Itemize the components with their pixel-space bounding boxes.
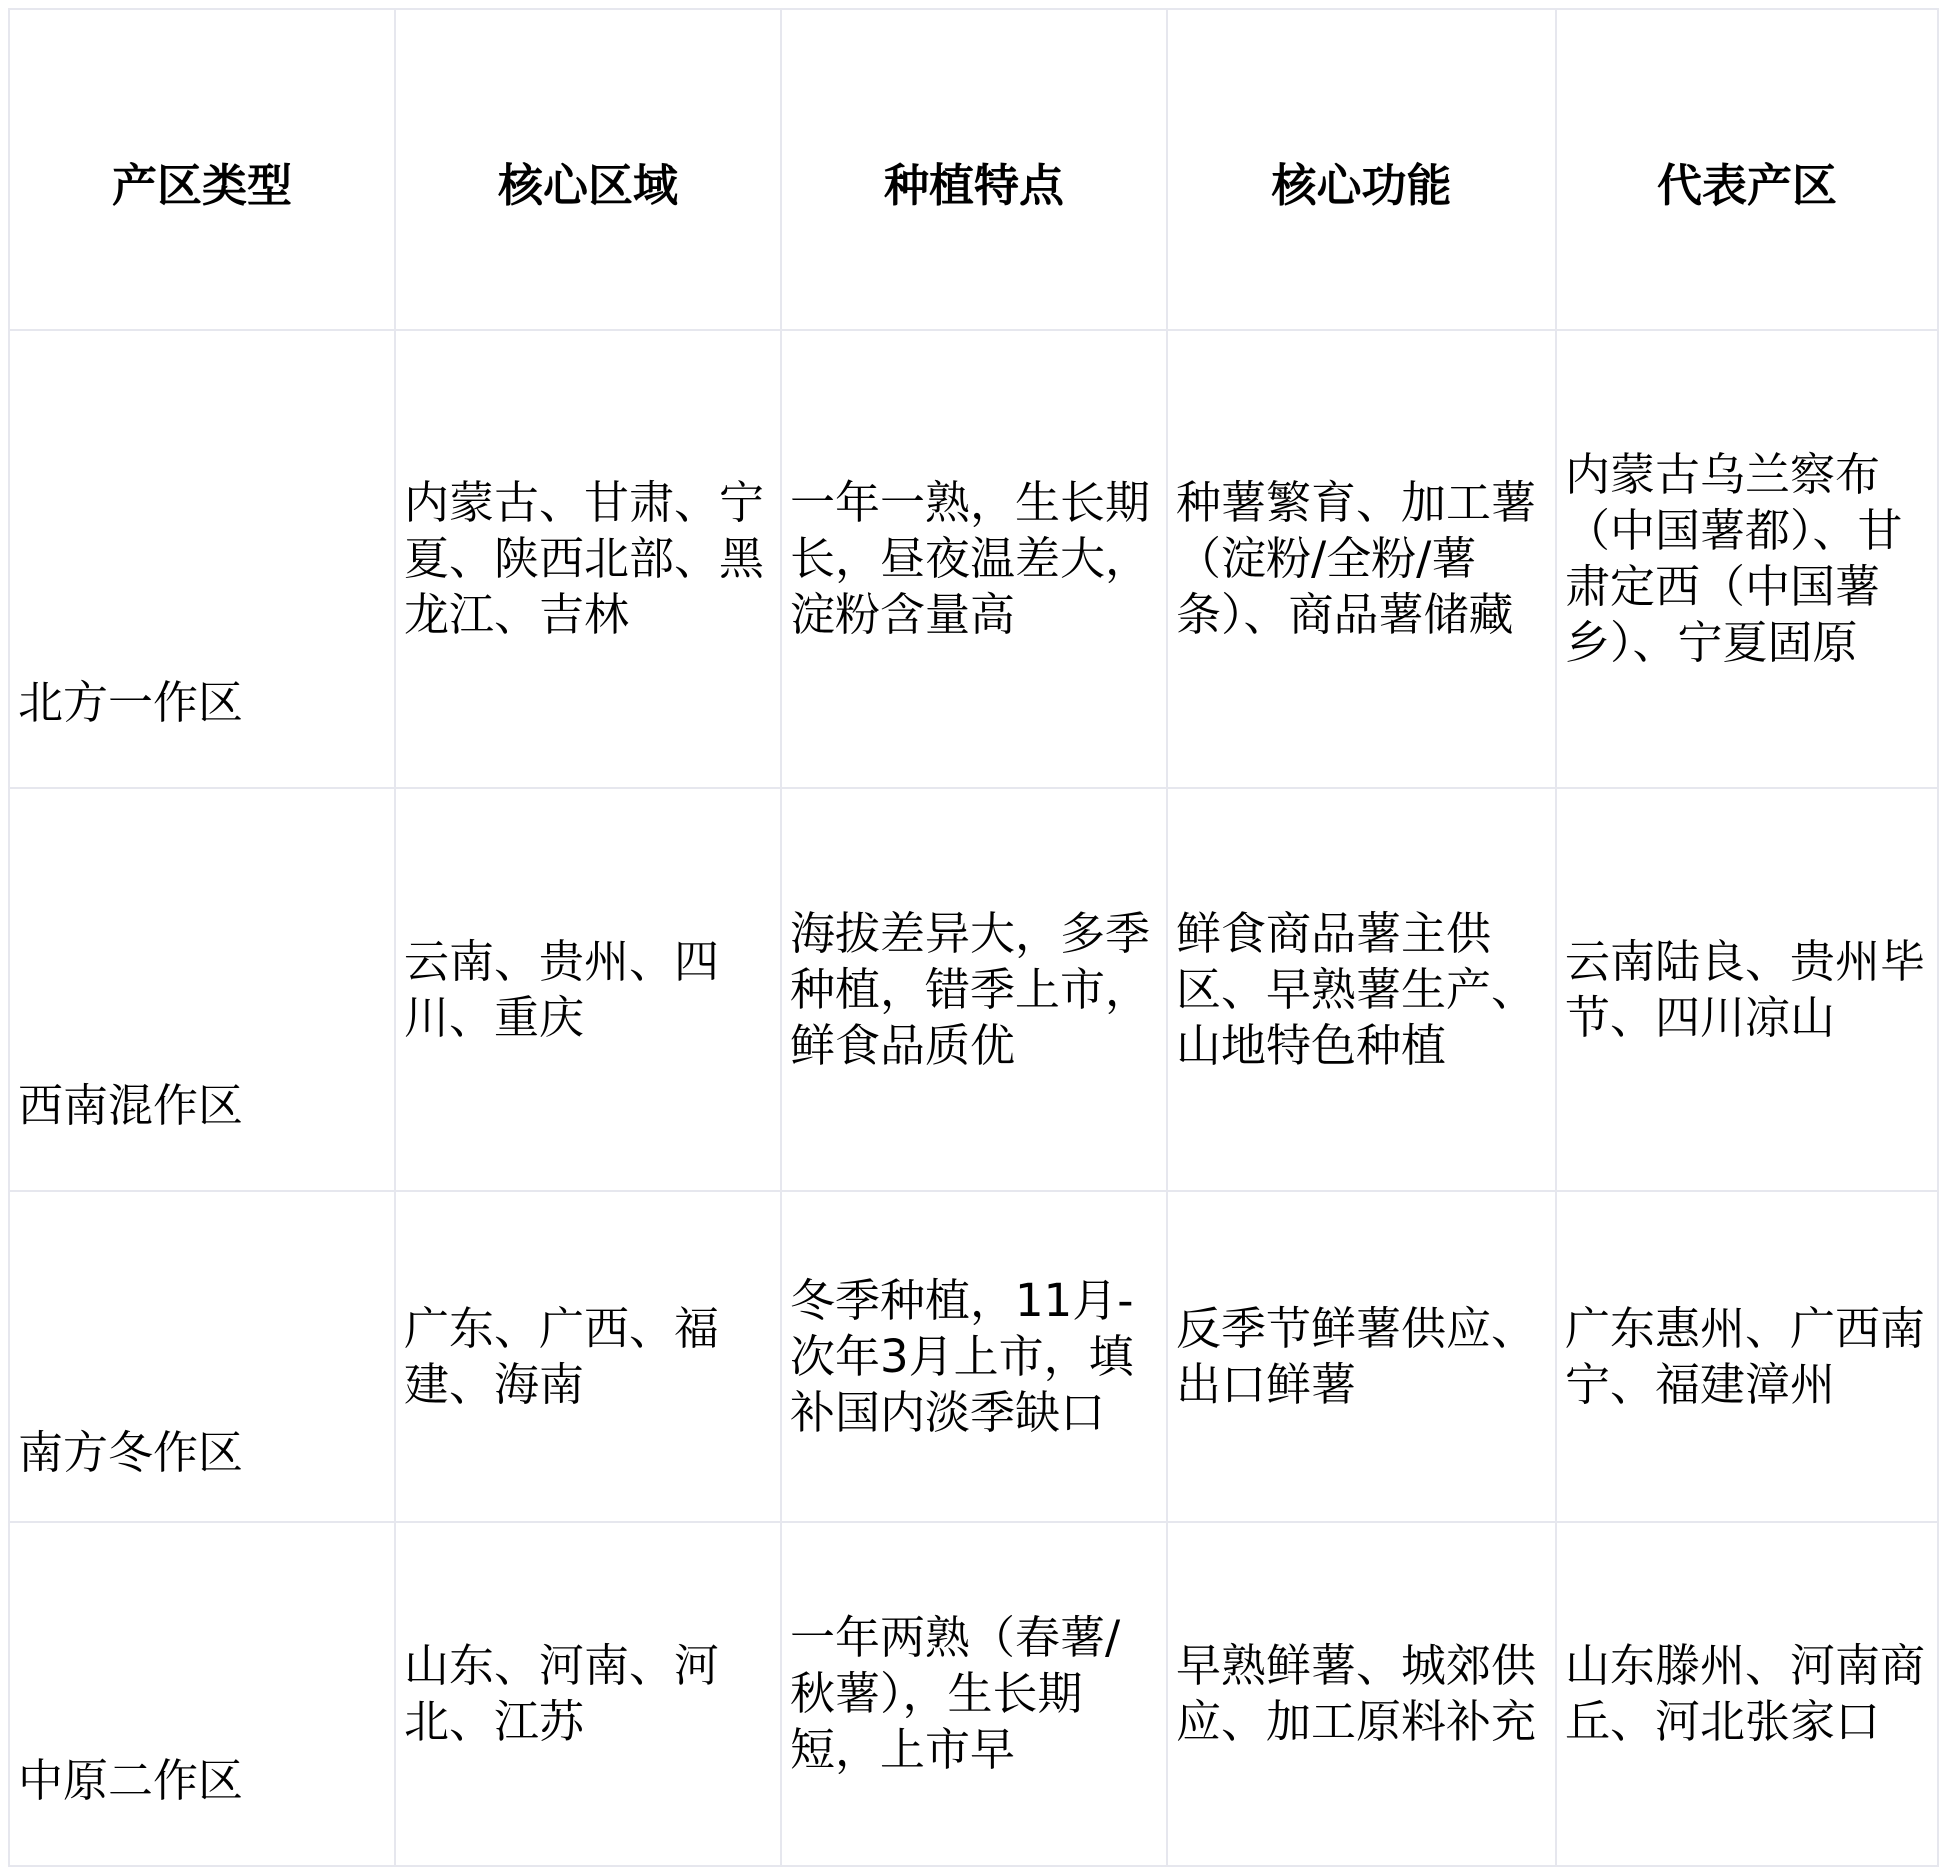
cell-core-region: 内蒙古、甘肃、宁夏、陕西北部、黑龙江、吉林 — [395, 330, 781, 788]
header-region-type: 产区类型 — [9, 9, 395, 330]
header-planting-features: 种植特点 — [781, 9, 1167, 330]
cell-representative-areas: 内蒙古乌兰察布（中国薯都）、甘肃定西（中国薯乡）、宁夏固原 — [1556, 330, 1938, 788]
table-row: 北方一作区 内蒙古、甘肃、宁夏、陕西北部、黑龙江、吉林 一年一熟，生长期长，昼夜… — [9, 330, 1938, 788]
cell-core-function: 种薯繁育、加工薯（淀粉/全粉/薯条）、商品薯储藏 — [1167, 330, 1556, 788]
cell-planting-features: 冬季种植，11月-次年3月上市，填补国内淡季缺口 — [781, 1191, 1167, 1522]
table-row: 西南混作区 云南、贵州、四川、重庆 海拔差异大，多季种植，错季上市，鲜食品质优 … — [9, 788, 1938, 1191]
cell-representative-areas: 云南陆良、贵州毕节、四川凉山 — [1556, 788, 1938, 1191]
table-header-row: 产区类型 核心区域 种植特点 核心功能 代表产区 — [9, 9, 1938, 330]
cell-core-region: 云南、贵州、四川、重庆 — [395, 788, 781, 1191]
cell-region-type: 西南混作区 — [9, 788, 395, 1191]
header-core-function: 核心功能 — [1167, 9, 1556, 330]
cell-representative-areas: 广东惠州、广西南宁、福建漳州 — [1556, 1191, 1938, 1522]
cell-core-region: 山东、河南、河北、江苏 — [395, 1522, 781, 1628]
cell-region-type: 中原二作区 — [9, 1522, 395, 1628]
table-row: 中原二作区 山东、河南、河北、江苏 一年两熟（春薯/秋薯），生长期短，上市早 早… — [9, 1522, 1938, 1628]
header-core-region: 核心区域 — [395, 9, 781, 330]
cell-region-type: 北方一作区 — [9, 330, 395, 788]
cell-core-function: 早熟鲜薯、城郊供应、加工原料补充 — [1167, 1522, 1556, 1628]
cell-core-function: 鲜食商品薯主供区、早熟薯生产、山地特色种植 — [1167, 788, 1556, 1191]
table-row: 南方冬作区 广东、广西、福建、海南 冬季种植，11月-次年3月上市，填补国内淡季… — [9, 1191, 1938, 1522]
cell-planting-features: 一年一熟，生长期长，昼夜温差大，淀粉含量高 — [781, 330, 1167, 788]
cell-core-function: 反季节鲜薯供应、出口鲜薯 — [1167, 1191, 1556, 1522]
cell-core-region: 广东、广西、福建、海南 — [395, 1191, 781, 1522]
cell-representative-areas: 山东滕州、河南商丘、河北张家口 — [1556, 1522, 1938, 1628]
potato-production-regions-table: 产区类型 核心区域 种植特点 核心功能 代表产区 北方一作区 内蒙古、甘肃、宁夏… — [8, 8, 1939, 1628]
potato-production-regions-table-container: 产区类型 核心区域 种植特点 核心功能 代表产区 北方一作区 内蒙古、甘肃、宁夏… — [8, 8, 1937, 1628]
cell-planting-features: 一年两熟（春薯/秋薯），生长期短，上市早 — [781, 1522, 1167, 1628]
cell-region-type: 南方冬作区 — [9, 1191, 395, 1522]
cell-planting-features: 海拔差异大，多季种植，错季上市，鲜食品质优 — [781, 788, 1167, 1191]
header-representative-areas: 代表产区 — [1556, 9, 1938, 330]
